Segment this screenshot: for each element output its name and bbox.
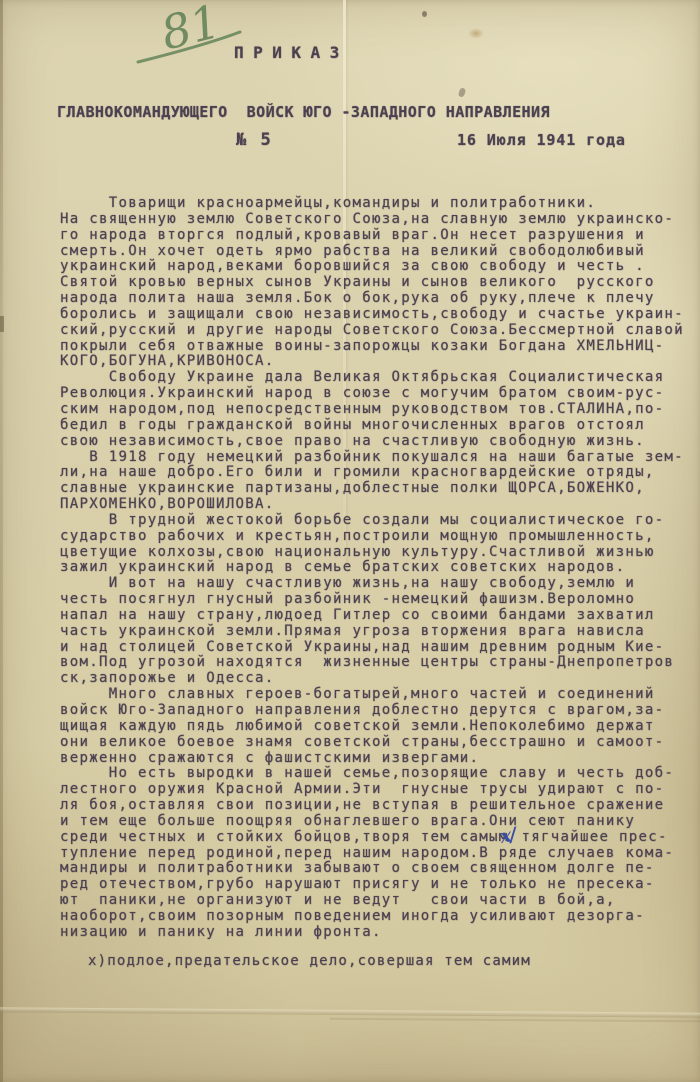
order-number: № 5	[236, 130, 273, 150]
document-line: Много славных героев-богатырей,много час…	[60, 687, 700, 703]
document-line: часть украинской земли.Прямая угроза вто…	[60, 624, 700, 640]
document-title: ПРИКАЗ	[234, 43, 349, 62]
document-line: они великое боевое знамя советской стран…	[60, 735, 700, 751]
document-line: честь посягнул гнусный разбойник -немецк…	[60, 592, 700, 608]
document-line: ли,на наше добро.Его били и громили крас…	[60, 465, 700, 481]
document-line: верженно сражаются с фашистскими изверга…	[60, 751, 700, 767]
document-line: ПАРХОМЕНКО,ВОРОШИЛОВА.	[60, 497, 700, 513]
document-line: Святой кровью верных сынов Украины и сын…	[60, 275, 700, 291]
document-line: ля боя,оставляя свои позиции,не вступая …	[60, 798, 700, 814]
ink-speck	[422, 11, 427, 17]
document-line: ред отечеством,грубо нарушают присягу и …	[60, 877, 700, 893]
document-line: войск Юго-Западного направления доблестн…	[60, 703, 700, 719]
paper-stain	[468, 28, 484, 39]
document-line: В трудной жестокой борьбе создали мы соц…	[60, 513, 700, 529]
document-line: сударство рабочих и крестьян,построили м…	[60, 529, 700, 545]
document-line: бедил в годы гражданской войны многочисл…	[60, 418, 700, 434]
handwritten-footnote-mark: х/	[501, 834, 515, 836]
document-line: го народа вторгся подлый,кровавый враг.О…	[60, 228, 700, 244]
scan-left-edge	[0, 0, 3, 1082]
document-body: Товарищи красноармейцы,командиры и полит…	[60, 196, 700, 941]
footnote: х)подлое,предательское дело,совершая тем…	[88, 953, 531, 969]
document-line: украинский народ,веками боровшийся за св…	[60, 259, 700, 275]
document-line: Революция.Украинский народ в союзе с мог…	[60, 386, 700, 402]
document-line: На священную землю Советского Союза,на с…	[60, 212, 700, 228]
document-line: напал на нашу страну,людоед Гитлер со св…	[60, 608, 700, 624]
document-line: КОГО,БОГУНА,КРИВОНОСА.	[60, 354, 700, 370]
document-page: { "document": { "handwritten_page_number…	[0, 0, 700, 1082]
document-line: зажил украинский народ в семье братских …	[60, 560, 700, 576]
document-line: славные украинские партизаны,доблестные …	[60, 481, 700, 497]
document-line: боролись и защищали свою независимость,с…	[60, 307, 700, 323]
document-line: И вот на нашу счастливую жизнь,на нашу с…	[60, 576, 700, 592]
document-line: В 1918 году немецкий разбойник покушался…	[60, 450, 700, 466]
document-line: ский,русский и другие народы Советского …	[60, 323, 700, 339]
document-line: щищая каждую пядь любимой советской земл…	[60, 719, 700, 735]
document-line: покрыли себя отважные воины-запорожцы ко…	[60, 339, 700, 355]
document-line: наоборот,своим позорным поведением иногд…	[60, 909, 700, 925]
document-line: и тем еще больше поощряя обнаглевшего вр…	[60, 814, 700, 830]
document-line: народа полита наша земля.Бок о бок,рука …	[60, 291, 700, 307]
document-line: Товарищи красноармейцы,командиры и полит…	[60, 196, 700, 212]
order-date: 16 Июля 1941 года	[457, 131, 626, 149]
handwritten-page-number-text: 81	[156, 0, 226, 61]
document-line: ют паники,не организуют и не ведут свои …	[60, 893, 700, 909]
document-line: Но есть выродки в нашей семье,позорящие …	[60, 766, 700, 782]
document-line: среди честных и стойких бойцов,творя тем…	[60, 830, 700, 846]
document-line: Свободу Украине дала Великая Октябрьская…	[60, 370, 700, 386]
document-line: ским народом,под непосредственным руково…	[60, 402, 700, 418]
document-line: ск,запорожье и Одесса.	[60, 671, 700, 687]
document-line: вом.Под угрозой находятся жизненные цент…	[60, 655, 700, 671]
document-line: смерть.Он хочет одеть ярмо рабства на ве…	[60, 244, 700, 260]
document-line: свою независимость,свое право на счастли…	[60, 434, 700, 450]
document-line: низацию и панику на линии фронта.	[60, 925, 700, 941]
document-line: лестного оружия Красной Армии.Эти гнусны…	[60, 782, 700, 798]
document-line: мандиры и политработники забывают о свое…	[60, 861, 700, 877]
issuing-authority-line: ГЛАВНОКОМАНДУЮЩЕГО ВОЙСК ЮГО -ЗАПАДНОГО …	[57, 103, 550, 121]
paper-tear-mark	[0, 316, 4, 332]
